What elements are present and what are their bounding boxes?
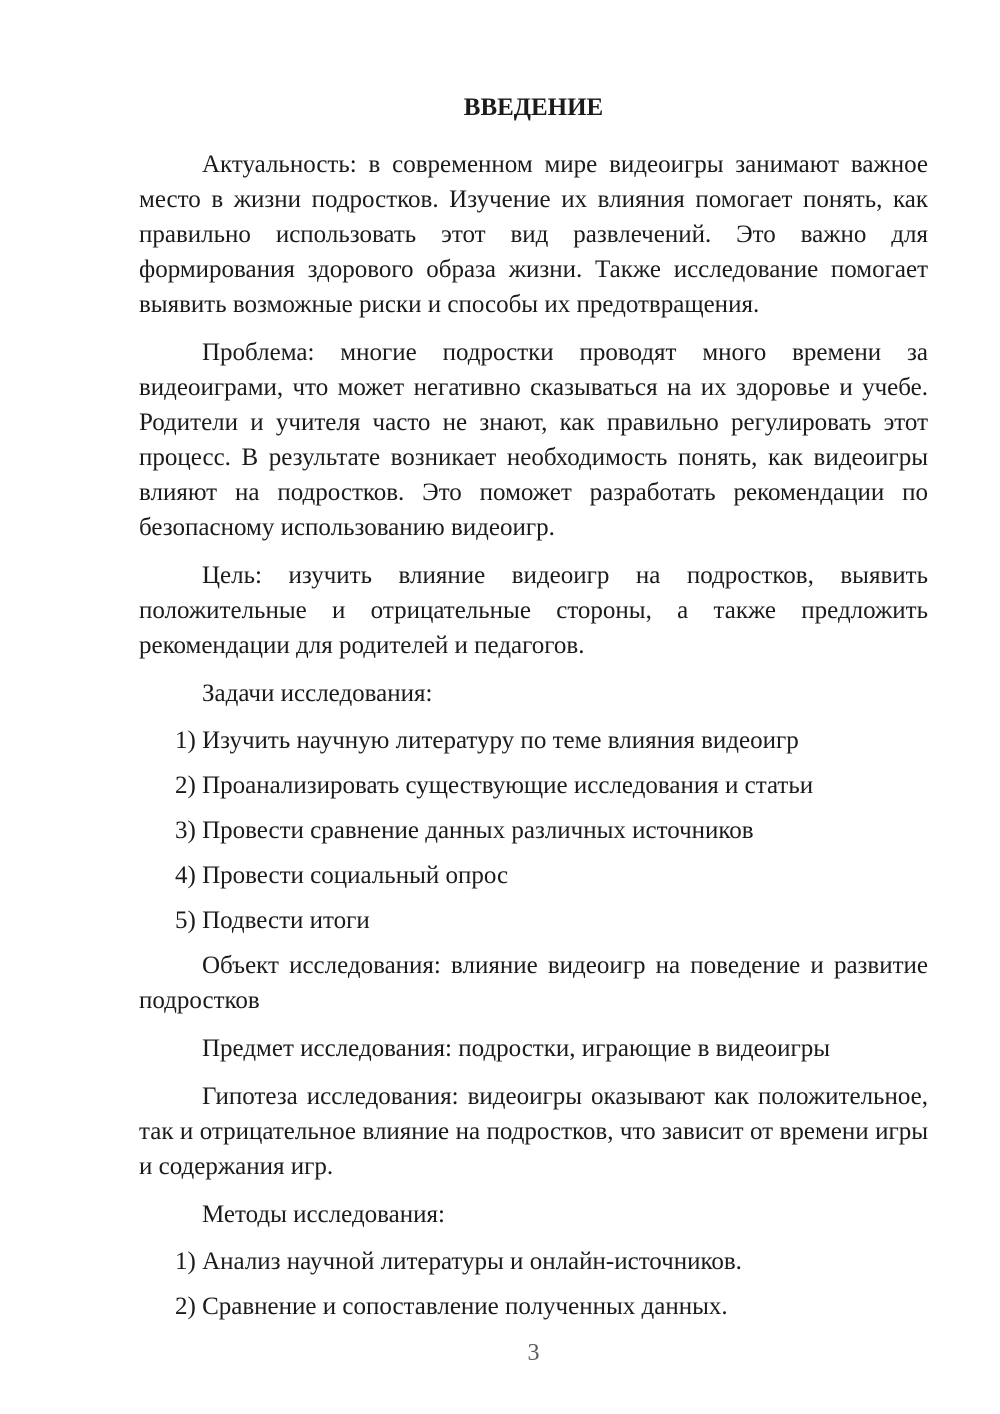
task-item-3: 3) Провести сравнение данных различных и… [175, 813, 928, 848]
paragraph-hypothesis: Гипотеза исследования: видеоигры оказыва… [139, 1079, 928, 1184]
page-title: ВВЕДЕНИЕ [139, 90, 928, 125]
paragraph-object: Объект исследования: влияние видеоигр на… [139, 948, 928, 1018]
tasks-list: 1) Изучить научную литературу по теме вл… [139, 723, 928, 938]
paragraph-goal: Цель: изучить влияние видеоигр на подрос… [139, 558, 928, 663]
method-item-1: 1) Анализ научной литературы и онлайн-ис… [175, 1244, 928, 1279]
task-item-4: 4) Провести социальный опрос [175, 858, 928, 893]
task-item-1: 1) Изучить научную литературу по теме вл… [175, 723, 928, 758]
paragraph-relevance: Актуальность: в современном мире видеоиг… [139, 147, 928, 322]
paragraph-problem: Проблема: многие подростки проводят мног… [139, 335, 928, 545]
method-item-2: 2) Сравнение и сопоставление полученных … [175, 1289, 928, 1324]
methods-list: 1) Анализ научной литературы и онлайн-ис… [139, 1244, 928, 1324]
methods-heading: Методы исследования: [139, 1197, 928, 1232]
task-item-2: 2) Проанализировать существующие исследо… [175, 768, 928, 803]
document-page: ВВЕДЕНИЕ Актуальность: в современном мир… [0, 0, 1000, 1414]
task-item-5: 5) Подвести итоги [175, 903, 928, 938]
tasks-heading: Задачи исследования: [139, 676, 928, 711]
page-number: 3 [139, 1336, 928, 1371]
paragraph-subject: Предмет исследования: подростки, играющи… [139, 1031, 928, 1066]
